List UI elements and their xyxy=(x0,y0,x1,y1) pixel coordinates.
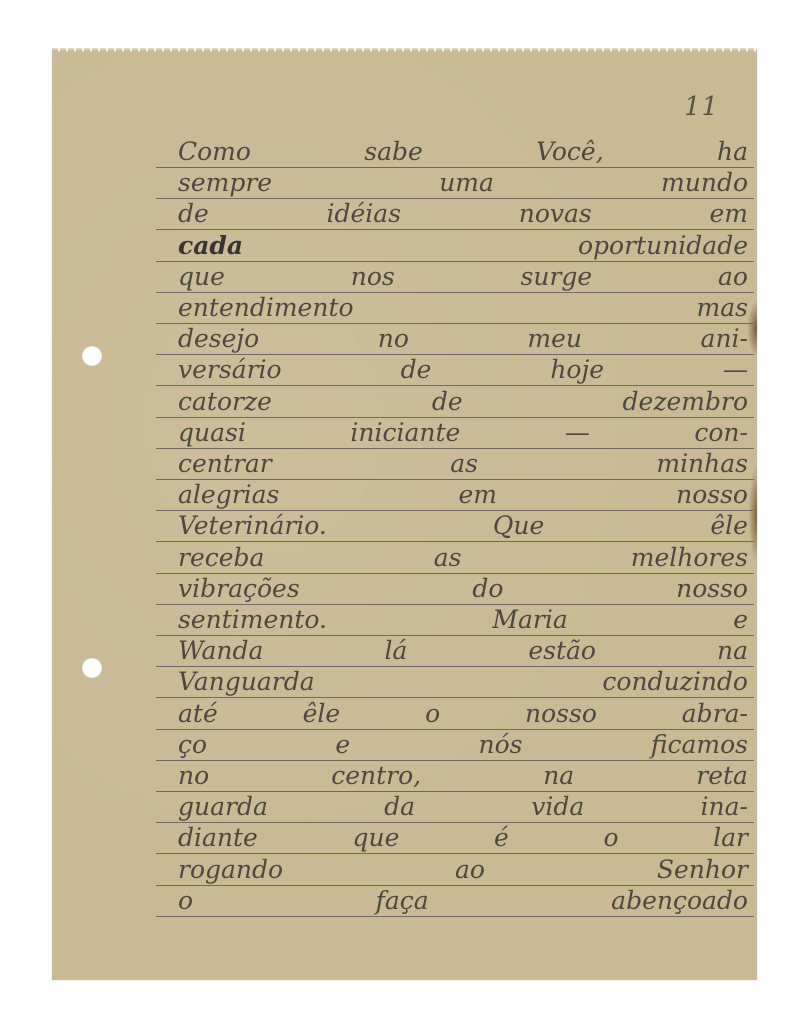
word: meu xyxy=(527,325,582,353)
handwritten-text: cadaoportunidade xyxy=(178,232,748,260)
word: catorze xyxy=(178,388,272,416)
word: mundo xyxy=(661,169,748,197)
word: na xyxy=(543,762,574,790)
word: surge xyxy=(521,263,593,291)
text-line: Vanguardaconduzindo xyxy=(156,666,754,698)
word: receba xyxy=(178,544,264,572)
word: versário xyxy=(178,356,282,384)
word: guarda xyxy=(178,793,268,821)
word: quasi xyxy=(178,419,246,447)
word: nosso xyxy=(676,575,748,603)
text-line: çoenósficamos xyxy=(156,729,754,761)
word: idéias xyxy=(327,200,402,228)
word: diante xyxy=(178,824,258,852)
ruled-lines: ComosabeVocê,hasempreumamundodeidéiasnov… xyxy=(52,50,757,980)
word: Você, xyxy=(536,138,604,166)
word: abençoado xyxy=(611,887,748,915)
text-line: quasiiniciante—con- xyxy=(156,417,754,449)
word: êle xyxy=(710,512,748,540)
text-line: versáriodehoje— xyxy=(156,354,754,386)
text-line: recebaasmelhores xyxy=(156,542,754,574)
word: e xyxy=(733,606,748,634)
word: Veterinário. xyxy=(178,512,327,540)
handwritten-text: centrarasminhas xyxy=(178,450,748,478)
text-line: alegriasemnosso xyxy=(156,479,754,511)
handwritten-text: ComosabeVocê,ha xyxy=(178,138,748,166)
word: é xyxy=(494,824,509,852)
handwritten-text: versáriodehoje— xyxy=(178,356,748,384)
handwritten-text: çoenósficamos xyxy=(178,731,748,759)
word: sentimento. xyxy=(178,606,327,634)
word: em xyxy=(709,200,748,228)
handwritten-text: alegriasemnosso xyxy=(178,481,748,509)
word: que xyxy=(352,824,399,852)
word: desejo xyxy=(178,325,259,353)
word: minhas xyxy=(656,450,748,478)
word: no xyxy=(378,325,409,353)
word: da xyxy=(384,793,415,821)
word: rogando xyxy=(178,856,283,884)
handwritten-text: Wandaláestãona xyxy=(178,637,748,665)
text-line: quenossurgeao xyxy=(156,261,754,293)
word: o xyxy=(425,700,440,728)
handwritten-text: recebaasmelhores xyxy=(178,544,748,572)
word: abra- xyxy=(682,700,748,728)
word: mas xyxy=(697,294,748,322)
word: ha xyxy=(717,138,748,166)
word: as xyxy=(434,544,462,572)
word: nos xyxy=(351,263,395,291)
word: iniciante xyxy=(350,419,460,447)
word: vida xyxy=(531,793,584,821)
text-line: catorzededezembro xyxy=(156,386,754,418)
word: em xyxy=(459,481,498,509)
word: Que xyxy=(493,512,544,540)
word: de xyxy=(401,356,432,384)
word: ao xyxy=(455,856,485,884)
handwritten-text: Veterinário.Queêle xyxy=(178,512,748,540)
letter-page: 11 ComosabeVocê,hasempreumamundodeidéias… xyxy=(52,50,757,980)
word: melhores xyxy=(631,544,748,572)
word: nosso xyxy=(676,481,748,509)
word: nosso xyxy=(525,700,597,728)
handwritten-text: deidéiasnovasem xyxy=(178,200,748,228)
handwritten-text: sempreumamundo xyxy=(178,169,748,197)
word: do xyxy=(472,575,503,603)
word: ficamos xyxy=(651,731,748,759)
text-line: guardadavidaina- xyxy=(156,791,754,823)
word: Wanda xyxy=(178,637,263,665)
word: ani- xyxy=(701,325,748,353)
word: ao xyxy=(718,263,748,291)
handwritten-text: entendimentomas xyxy=(178,294,748,322)
word: na xyxy=(717,637,748,665)
text-line: entendimentomas xyxy=(156,292,754,324)
word: conduzindo xyxy=(602,668,748,696)
word: o xyxy=(603,824,618,852)
handwritten-text: sentimento.Mariae xyxy=(178,606,748,634)
text-line: Wandaláestãona xyxy=(156,635,754,667)
text-line: ComosabeVocê,ha xyxy=(156,136,754,168)
word: nós xyxy=(479,731,523,759)
handwritten-text: quasiiniciante—con- xyxy=(178,419,748,447)
text-line: cadaoportunidade xyxy=(156,230,754,262)
word: lá xyxy=(384,637,407,665)
word: Senhor xyxy=(657,856,748,884)
text-line: ofaçaabençoado xyxy=(156,885,754,917)
word: entendimento xyxy=(178,294,354,322)
word: uma xyxy=(439,169,494,197)
word: centro, xyxy=(331,762,421,790)
word: alegrias xyxy=(178,481,279,509)
text-line: Veterinário.Queêle xyxy=(156,510,754,542)
word: o xyxy=(178,887,193,915)
word: que xyxy=(178,263,225,291)
handwritten-text: catorzededezembro xyxy=(178,388,748,416)
word: faça xyxy=(376,887,429,915)
word: — xyxy=(565,419,590,447)
handwritten-text: vibraçõesdonosso xyxy=(178,575,748,603)
handwritten-text: diantequeéolar xyxy=(178,824,748,852)
word: estão xyxy=(528,637,596,665)
word: de xyxy=(178,200,209,228)
word: con- xyxy=(694,419,748,447)
word: cada xyxy=(178,232,243,260)
text-line: centrarasminhas xyxy=(156,448,754,480)
word: oportunidade xyxy=(578,232,748,260)
handwritten-text: Vanguardaconduzindo xyxy=(178,668,748,696)
word: ço xyxy=(178,731,207,759)
word: até xyxy=(178,700,218,728)
handwritten-text: ofaçaabençoado xyxy=(178,887,748,915)
word: de xyxy=(432,388,463,416)
text-line: diantequeéolar xyxy=(156,822,754,854)
word: vibrações xyxy=(178,575,300,603)
text-line: sempreumamundo xyxy=(156,167,754,199)
word: e xyxy=(335,731,350,759)
text-line: atéêleonossoabra- xyxy=(156,698,754,730)
word: hoje xyxy=(550,356,604,384)
word: centrar xyxy=(178,450,272,478)
handwritten-text: guardadavidaina- xyxy=(178,793,748,821)
handwritten-text: nocentro,nareta xyxy=(178,762,748,790)
handwritten-text: desejonomeuani- xyxy=(178,325,748,353)
handwritten-text: atéêleonossoabra- xyxy=(178,700,748,728)
text-line: deidéiasnovasem xyxy=(156,198,754,230)
text-line: desejonomeuani- xyxy=(156,323,754,355)
word: sempre xyxy=(178,169,272,197)
text-line: rogandoaoSenhor xyxy=(156,854,754,886)
word: êle xyxy=(303,700,341,728)
word: as xyxy=(450,450,478,478)
word: sabe xyxy=(364,138,423,166)
word: reta xyxy=(696,762,748,790)
word: ina- xyxy=(701,793,748,821)
text-line: vibraçõesdonosso xyxy=(156,573,754,605)
word: dezembro xyxy=(623,388,748,416)
word: lar xyxy=(713,824,748,852)
word: Vanguarda xyxy=(178,668,315,696)
word: no xyxy=(178,762,209,790)
text-line: sentimento.Mariae xyxy=(156,604,754,636)
word: novas xyxy=(519,200,592,228)
text-line: nocentro,nareta xyxy=(156,760,754,792)
handwritten-text: rogandoaoSenhor xyxy=(178,856,748,884)
word: Como xyxy=(178,138,251,166)
word: — xyxy=(723,356,748,384)
handwritten-text: quenossurgeao xyxy=(178,263,748,291)
word: Maria xyxy=(492,606,567,634)
